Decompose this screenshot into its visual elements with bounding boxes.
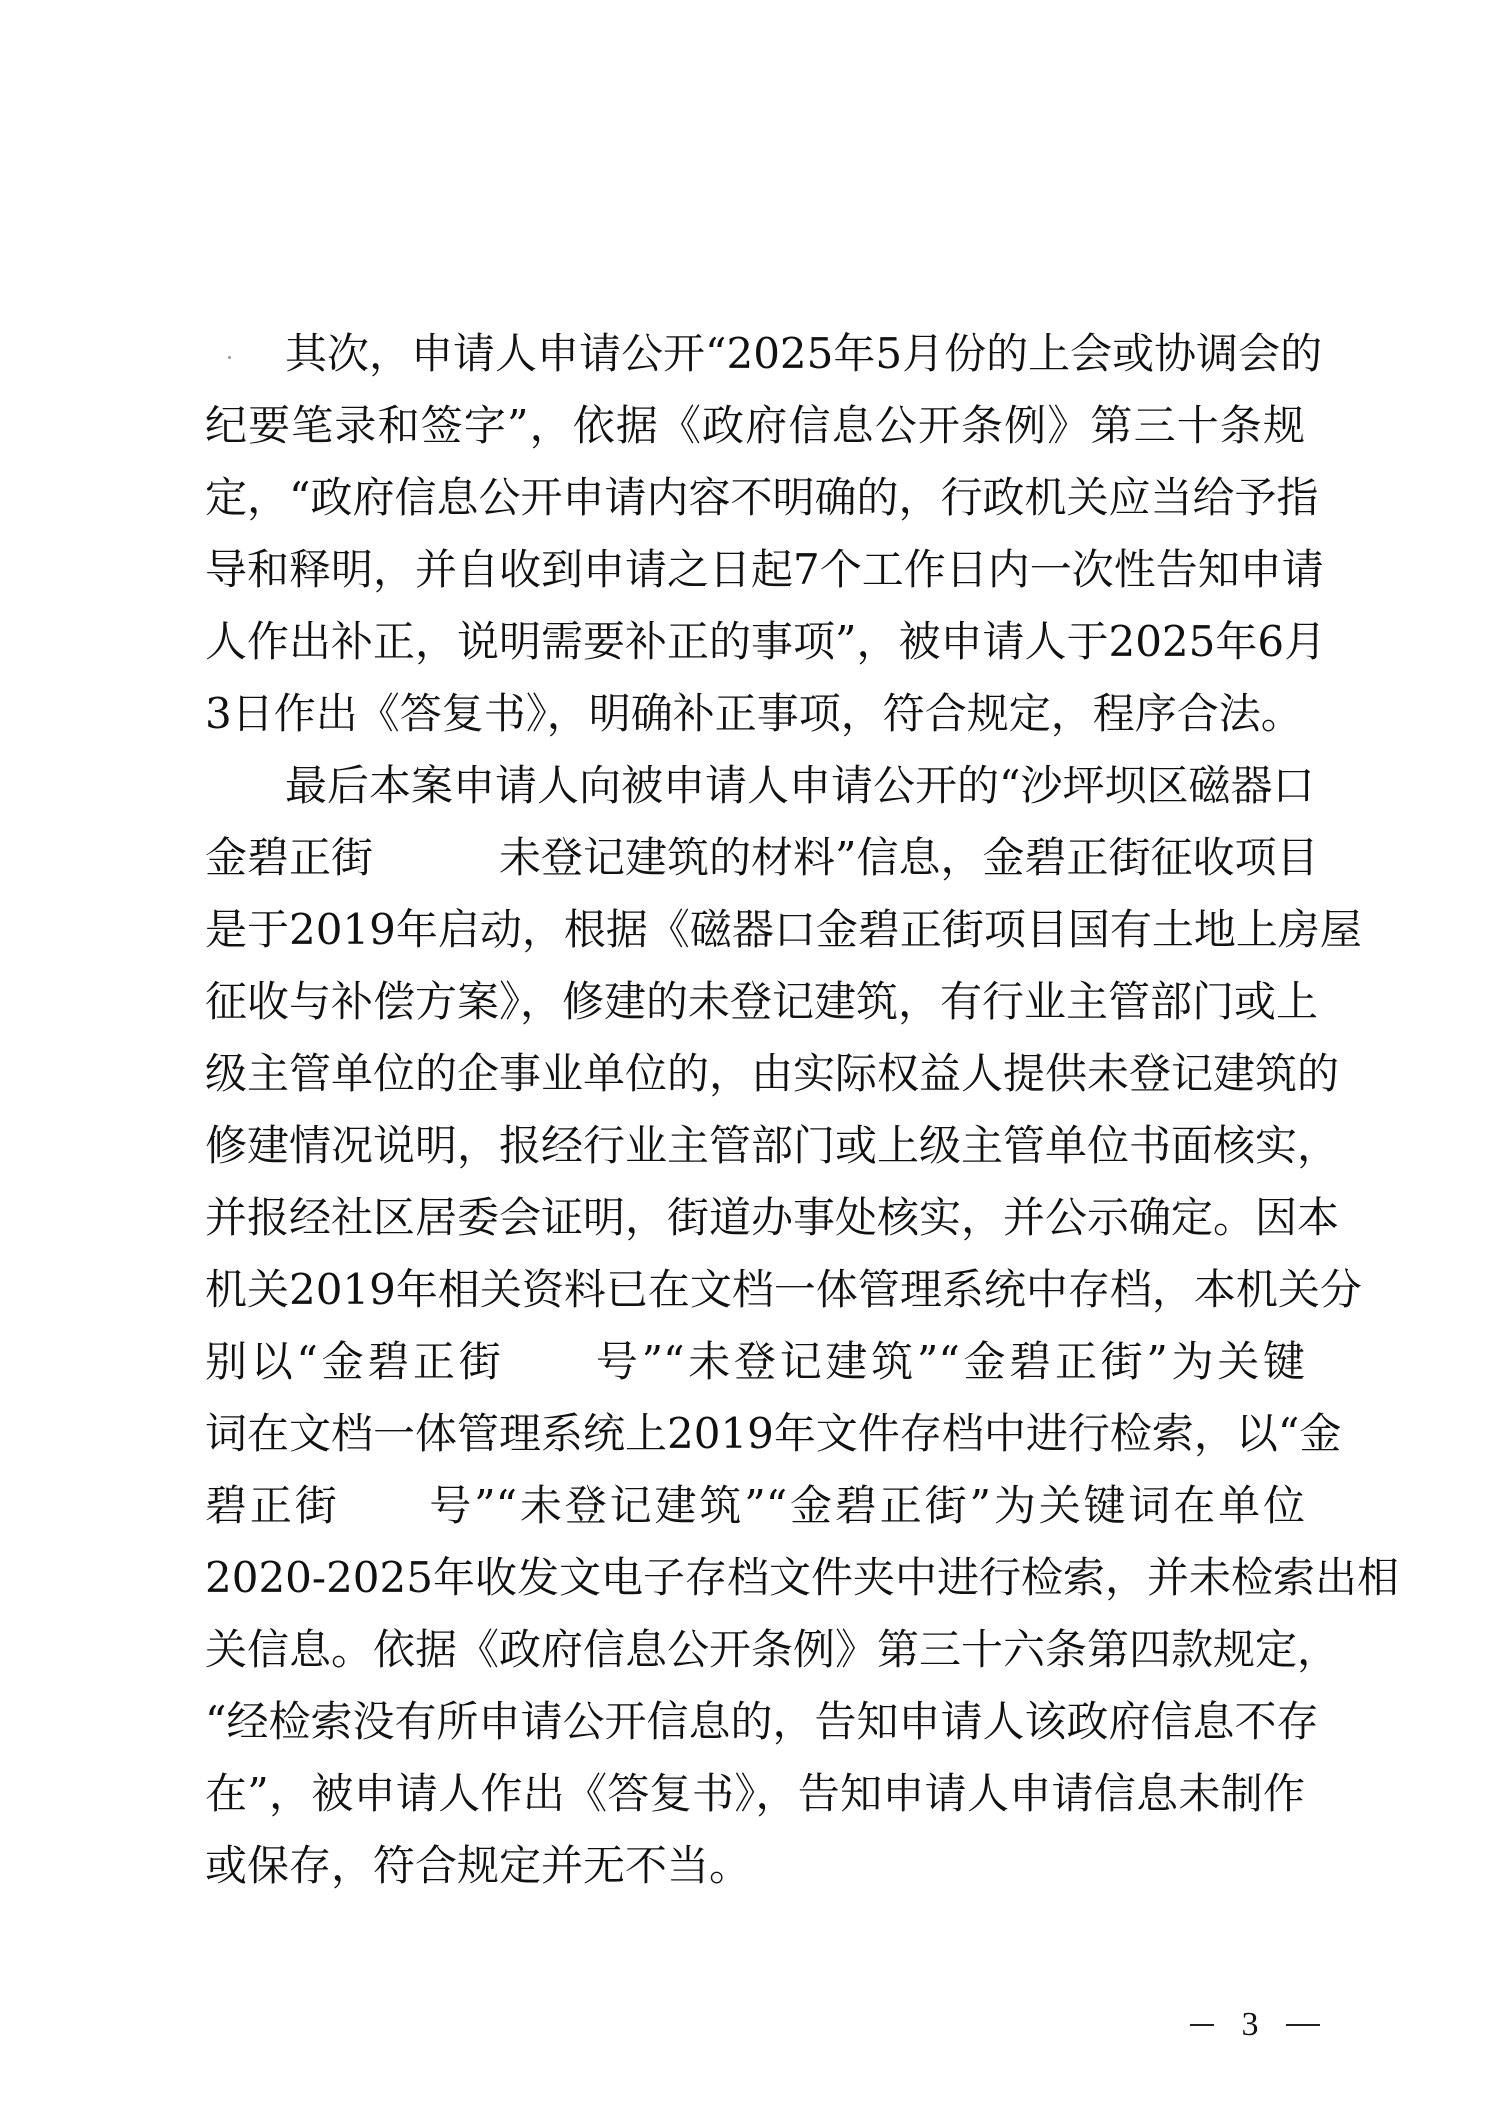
text-line: 机关2019年相关资料已在文档一体管理系统中存档，本机关分 [205, 1254, 1305, 1326]
document-page: 其次，申请人申请公开“2025年5月份的上会或协调会的 纪要笔录和签字”，依据《… [0, 0, 1487, 2105]
text-line: 并报经社区居委会证明，街道办事处核实，并公示确定。因本 [205, 1182, 1305, 1254]
text-line: 纪要笔录和签字”，依据《政府信息公开条例》第三十条规 [205, 390, 1305, 462]
body-text: 其次，申请人申请公开“2025年5月份的上会或协调会的 纪要笔录和签字”，依据《… [205, 318, 1305, 1902]
text-line: 导和释明，并自收到申请之日起7个工作日内一次性告知申请 [205, 534, 1305, 606]
text-line: 碧正街 号”“未登记建筑”“金碧正街”为关键词在单位 [205, 1470, 1305, 1542]
page-number: 3 [1190, 2005, 1320, 2045]
text-line: 定，“政府信息公开申请内容不明确的，行政机关应当给予指 [205, 462, 1305, 534]
text-line: 其次，申请人申请公开“2025年5月份的上会或协调会的 [205, 318, 1305, 390]
text-line: 2020-2025年收发文电子存档文件夹中进行检索，并未检索出相 [205, 1542, 1305, 1614]
text-line: 征收与补偿方案》，修建的未登记建筑，有行业主管部门或上 [205, 966, 1305, 1038]
paragraph-2: 最后本案申请人向被申请人申请公开的“沙坪坝区磁器口 金碧正街 未登记建筑的材料”… [205, 750, 1305, 1902]
text-line: 别以“金碧正街 号”“未登记建筑”“金碧正街”为关键 [205, 1326, 1305, 1398]
page-number-dash-left [1190, 2024, 1214, 2026]
text-line: 在”，被申请人作出《答复书》，告知申请人申请信息未制作 [205, 1758, 1305, 1830]
text-line: 最后本案申请人向被申请人申请公开的“沙坪坝区磁器口 [205, 750, 1305, 822]
text-line: 是于2019年启动，根据《磁器口金碧正街项目国有土地上房屋 [205, 894, 1305, 966]
text-line: “经检索没有所申请公开信息的，告知申请人该政府信息不存 [205, 1686, 1305, 1758]
text-line: 或保存，符合规定并无不当。 [205, 1830, 1305, 1902]
page-number-dash-right [1286, 2024, 1320, 2026]
text-line: 词在文档一体管理系统上2019年文件存档中进行检索，以“金 [205, 1398, 1305, 1470]
text-line: 修建情况说明，报经行业主管部门或上级主管单位书面核实， [205, 1110, 1305, 1182]
text-line: 3日作出《答复书》，明确补正事项，符合规定，程序合法。 [205, 678, 1305, 750]
text-line: 关信息。依据《政府信息公开条例》第三十六条第四款规定， [205, 1614, 1305, 1686]
text-line: 人作出补正，说明需要补正的事项”，被申请人于2025年6月 [205, 606, 1305, 678]
text-line: 级主管单位的企事业单位的，由实际权益人提供未登记建筑的 [205, 1038, 1305, 1110]
text-line: 金碧正街 未登记建筑的材料”信息，金碧正街征收项目 [205, 822, 1305, 894]
paragraph-1: 其次，申请人申请公开“2025年5月份的上会或协调会的 纪要笔录和签字”，依据《… [205, 318, 1305, 750]
page-number-value: 3 [1242, 2006, 1259, 2044]
